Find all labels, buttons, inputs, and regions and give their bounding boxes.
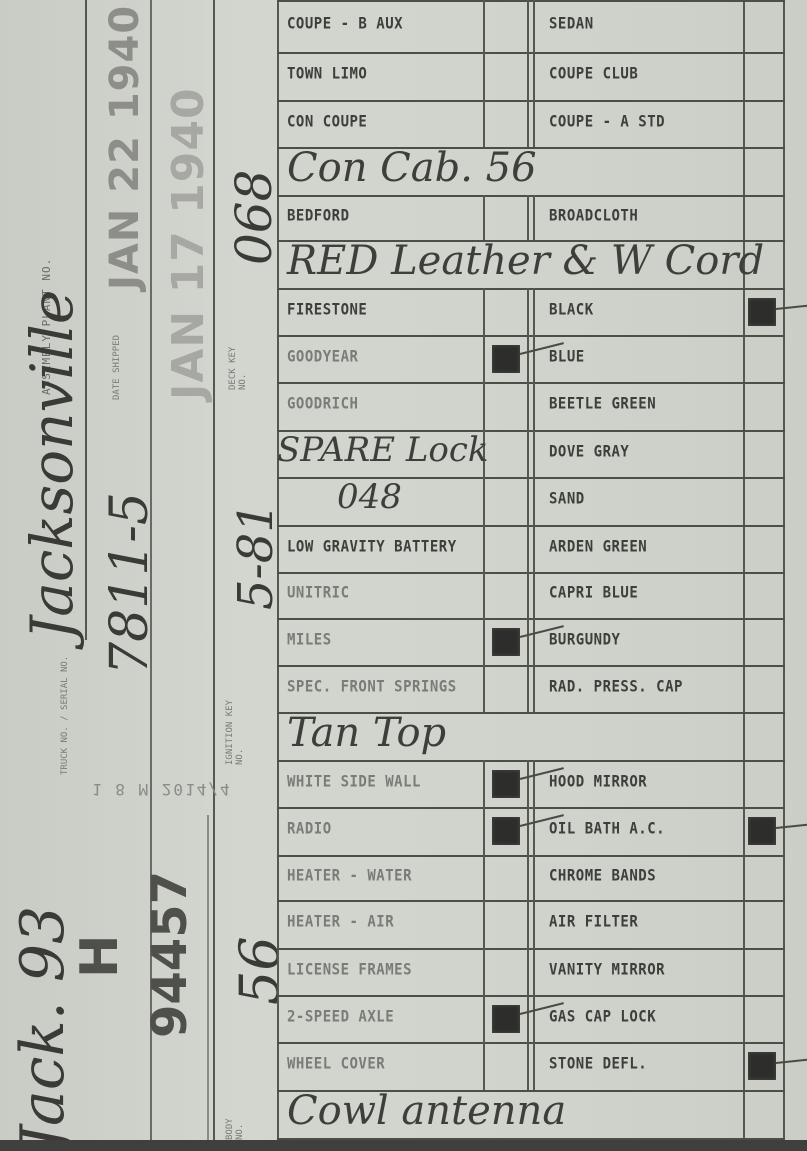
option-label-left: FIRESTONE xyxy=(287,300,367,318)
mirrored-bleed-text: 1 8 M 2014/4 xyxy=(92,780,232,799)
handwritten-row: Tan Top xyxy=(277,712,783,760)
option-row: GOODRICHBEETLE GREEN xyxy=(277,382,783,430)
serial-number: 94457 xyxy=(142,871,198,1038)
option-label-left: HEATER - WATER xyxy=(287,866,412,884)
column-rule xyxy=(527,335,529,382)
column-rule xyxy=(483,525,485,572)
column-rule xyxy=(533,335,535,382)
option-label-left: LOW GRAVITY BATTERY xyxy=(287,537,457,555)
option-label-left: SPARE Lock xyxy=(277,430,489,470)
column-rule xyxy=(533,807,535,855)
option-label-left: SPEC. FRONT SPRINGS xyxy=(287,677,457,695)
option-label-right: COUPE CLUB xyxy=(549,65,638,83)
column-rule xyxy=(527,525,529,572)
option-row: FIRESTONEBLACK xyxy=(277,288,783,335)
option-label-left: WHEEL COVER xyxy=(287,1055,385,1073)
option-label-right: SAND xyxy=(549,490,585,508)
option-label-right: SEDAN xyxy=(549,15,594,33)
option-row: MILESBURGUNDY xyxy=(277,618,783,665)
column-rule xyxy=(527,52,529,100)
column-rule xyxy=(527,0,529,52)
column-rule xyxy=(483,52,485,100)
date-built-stamp: JAN 17 1940 xyxy=(163,87,214,400)
column-rule xyxy=(533,760,535,807)
checkbox-left-checked[interactable] xyxy=(492,817,520,845)
option-row: WHEEL COVERSTONE DEFL. xyxy=(277,1042,783,1090)
option-label-right: BLACK xyxy=(549,300,594,318)
option-label-left: GOODRICH xyxy=(287,395,358,413)
column-rule xyxy=(483,618,485,665)
unit-number-handwritten: 7811-5 xyxy=(100,492,160,675)
column-rule xyxy=(527,195,529,240)
column-rule xyxy=(483,477,485,525)
option-label-right: RAD. PRESS. CAP xyxy=(549,677,683,695)
option-label-left: CON COUPE xyxy=(287,112,367,130)
checkbox-left-checked[interactable] xyxy=(492,1005,520,1033)
option-row: 048SAND xyxy=(277,477,783,525)
column-rule xyxy=(533,382,535,430)
handwritten-note: RED Leather & W Cord xyxy=(287,238,764,284)
date-shipped-stamp: JAN 22 1940 xyxy=(102,5,148,290)
column-rule xyxy=(533,572,535,618)
column-rule xyxy=(483,195,485,240)
option-row: LICENSE FRAMESVANITY MIRROR xyxy=(277,948,783,995)
column-rule xyxy=(483,382,485,430)
option-row: 2-SPEED AXLEGAS CAP LOCK xyxy=(277,995,783,1042)
option-label-left: HEATER - AIR xyxy=(287,913,394,931)
option-label-right: BLUE xyxy=(549,347,585,365)
column-rule xyxy=(533,855,535,900)
column-rule xyxy=(527,995,529,1042)
stamp-letter: H xyxy=(70,934,130,978)
column-rule xyxy=(533,665,535,712)
option-label-right: BROADCLOTH xyxy=(549,206,638,224)
handwritten-row: RED Leather & W Cord xyxy=(277,240,783,288)
card-bottom-edge xyxy=(0,1140,807,1151)
column-rule xyxy=(483,1042,485,1090)
check-tick-mark xyxy=(776,1059,807,1064)
column-rule xyxy=(527,760,529,807)
option-row: HEATER - WATERCHROME BANDS xyxy=(277,855,783,900)
option-row: UNITRICCAPRI BLUE xyxy=(277,572,783,618)
option-label-left: BEDFORD xyxy=(287,206,350,224)
option-label-right: OIL BATH A.C. xyxy=(549,820,665,838)
option-label-right: DOVE GRAY xyxy=(549,442,629,460)
option-label-left: TOWN LIMO xyxy=(287,65,367,83)
column-rule xyxy=(527,477,529,525)
option-label-right: AIR FILTER xyxy=(549,913,638,931)
column-rule xyxy=(533,900,535,948)
column-rule xyxy=(533,948,535,995)
option-label-left: WHITE SIDE WALL xyxy=(287,772,421,790)
column-rule xyxy=(533,100,535,147)
handwritten-note: Tan Top xyxy=(287,710,446,756)
column-rule xyxy=(527,288,529,335)
checkbox-left-checked[interactable] xyxy=(492,770,520,798)
column-rule xyxy=(483,335,485,382)
column-rule xyxy=(527,430,529,477)
column-rule xyxy=(533,1042,535,1090)
option-label-right: GAS CAP LOCK xyxy=(549,1007,656,1025)
column-rule xyxy=(483,948,485,995)
deck-key-label: DECK KEY NO. xyxy=(228,330,248,390)
ignition-key-handwritten: 5-81 xyxy=(228,502,284,610)
option-label-left: MILES xyxy=(287,630,332,648)
column-rule xyxy=(483,572,485,618)
option-row: SPEC. FRONT SPRINGSRAD. PRESS. CAP xyxy=(277,665,783,712)
option-row: BEDFORDBROADCLOTH xyxy=(277,195,783,240)
handwritten-row: Con Cab. 56 xyxy=(277,147,783,195)
options-table: COUPE - B AUXSEDANTOWN LIMOCOUPE CLUBCON… xyxy=(277,0,785,1140)
check-tick-mark xyxy=(776,304,807,309)
option-label-right: VANITY MIRROR xyxy=(549,960,665,978)
column-rule xyxy=(483,100,485,147)
option-row: TOWN LIMOCOUPE CLUB xyxy=(277,52,783,100)
option-label-right: STONE DEFL. xyxy=(549,1055,647,1073)
option-label-left: 048 xyxy=(337,477,402,517)
body-label: BODY NO. xyxy=(225,1100,245,1140)
left-rule-4 xyxy=(207,815,209,1140)
column-rule xyxy=(533,195,535,240)
column-rule xyxy=(533,288,535,335)
checkbox-right-checked[interactable] xyxy=(748,1052,776,1080)
column-rule xyxy=(533,618,535,665)
option-label-left: GOODYEAR xyxy=(287,347,358,365)
option-row: WHITE SIDE WALLHOOD MIRROR xyxy=(277,760,783,807)
deck-key-handwritten: 068 xyxy=(225,170,283,265)
option-label-right: BURGUNDY xyxy=(549,630,620,648)
handwritten-row: Cowl antenna xyxy=(277,1090,783,1138)
column-rule xyxy=(483,855,485,900)
handwritten-note: Cowl antenna xyxy=(287,1088,566,1134)
ignition-key-label: IGNITION KEY NO. xyxy=(225,685,245,765)
option-label-right: BEETLE GREEN xyxy=(549,395,656,413)
handwritten-note: Con Cab. 56 xyxy=(287,145,537,191)
column-rule xyxy=(483,900,485,948)
option-row: CON COUPECOUPE - A STD xyxy=(277,100,783,147)
column-rule xyxy=(483,807,485,855)
date-shipped-label: DATE SHIPPED xyxy=(112,330,122,400)
option-label-left: UNITRIC xyxy=(287,584,350,602)
option-row: HEATER - AIRAIR FILTER xyxy=(277,900,783,948)
checkbox-right-checked[interactable] xyxy=(748,298,776,326)
column-rule xyxy=(527,100,529,147)
column-rule xyxy=(527,618,529,665)
option-row: LOW GRAVITY BATTERYARDEN GREEN xyxy=(277,525,783,572)
column-rule xyxy=(483,665,485,712)
column-rule xyxy=(483,995,485,1042)
option-row: COUPE - B AUXSEDAN xyxy=(277,0,783,52)
option-label-left: 2-SPEED AXLE xyxy=(287,1007,394,1025)
column-rule xyxy=(483,0,485,52)
option-label-right: COUPE - A STD xyxy=(549,112,665,130)
column-rule xyxy=(533,52,535,100)
option-label-right: ARDEN GREEN xyxy=(549,537,647,555)
column-rule xyxy=(527,665,529,712)
checkbox-left-checked[interactable] xyxy=(492,628,520,656)
option-row: GOODYEARBLUE xyxy=(277,335,783,382)
option-label-left: RADIO xyxy=(287,820,332,838)
column-rule xyxy=(533,525,535,572)
column-rule xyxy=(533,430,535,477)
column-rule xyxy=(527,807,529,855)
column-rule xyxy=(527,382,529,430)
truck-number-label: TRUCK NO. / SERIAL NO. xyxy=(60,655,70,775)
column-rule xyxy=(527,1042,529,1090)
column-rule xyxy=(527,900,529,948)
column-rule xyxy=(527,948,529,995)
option-row: RADIOOIL BATH A.C. xyxy=(277,807,783,855)
option-label-left: LICENSE FRAMES xyxy=(287,960,412,978)
column-rule xyxy=(533,477,535,525)
column-rule xyxy=(527,855,529,900)
option-label-left: COUPE - B AUX xyxy=(287,15,403,33)
column-rule xyxy=(483,288,485,335)
option-label-right: HOOD MIRROR xyxy=(549,772,647,790)
check-tick-mark xyxy=(776,824,807,829)
column-rule xyxy=(527,572,529,618)
table-right-border xyxy=(783,0,785,1138)
checkbox-left-checked[interactable] xyxy=(492,345,520,373)
option-label-right: CHROME BANDS xyxy=(549,866,656,884)
option-row: SPARE LockDOVE GRAY xyxy=(277,430,783,477)
handwritten-bottom-left: Jack. 93 xyxy=(8,906,78,1150)
build-sheet-card: ASSEMBLY PLANT NO. Jacksonville DATE SHI… xyxy=(0,0,807,1151)
column-rule xyxy=(483,760,485,807)
assembly-plant-handwritten: Jacksonville xyxy=(18,290,86,640)
column-rule xyxy=(533,0,535,52)
column-rule xyxy=(533,995,535,1042)
option-label-right: CAPRI BLUE xyxy=(549,584,638,602)
checkbox-right-checked[interactable] xyxy=(748,817,776,845)
